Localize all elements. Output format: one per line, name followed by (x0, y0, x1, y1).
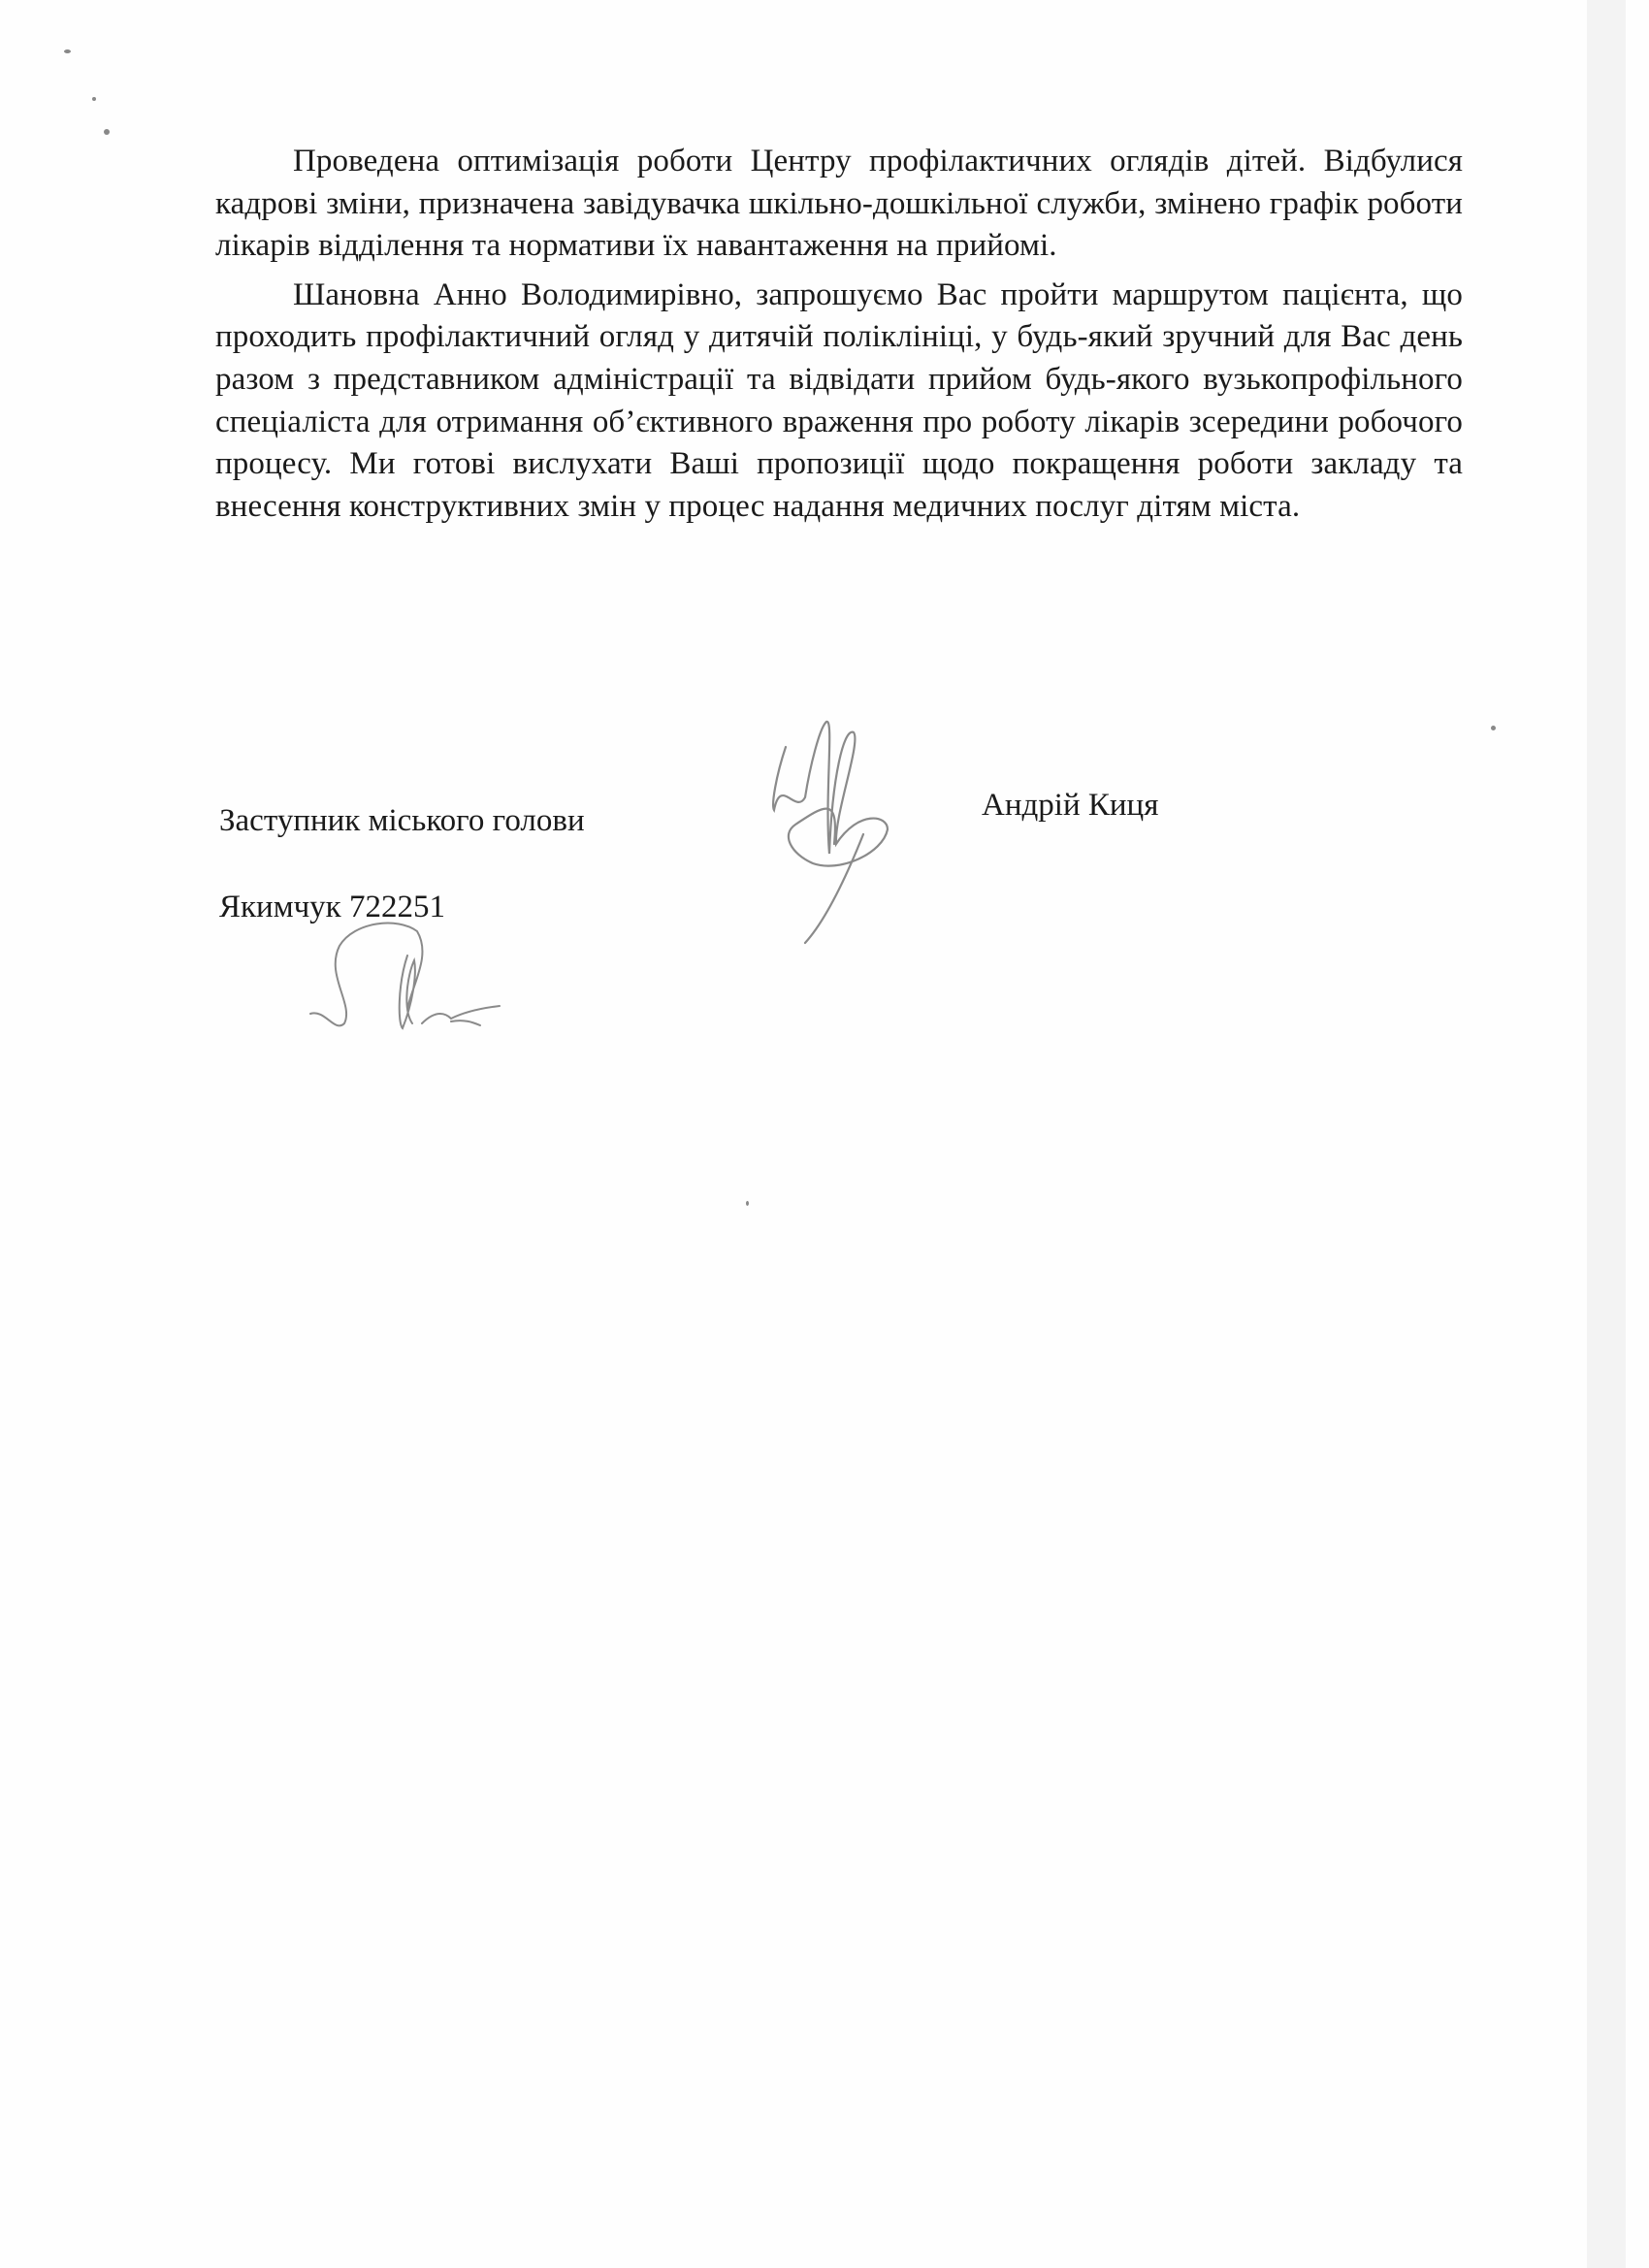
scan-speck (746, 1201, 749, 1206)
signatory-position: Заступник міського голови (219, 801, 585, 840)
scan-edge-shadow (1587, 0, 1626, 2268)
paragraph-invitation: Шановна Анно Володимирівно, запрошуємо В… (215, 275, 1463, 529)
signatory-name: Андрій Киця (982, 786, 1158, 825)
document-page: Проведена оптимізація роботи Центру проф… (0, 0, 1649, 2268)
scan-speck (1491, 726, 1496, 730)
scan-speck (92, 97, 96, 101)
paragraph-optimization: Проведена оптимізація роботи Центру проф… (215, 141, 1463, 268)
executor-contact: Якимчук 722251 (219, 888, 445, 926)
letter-body: Проведена оптимізація роботи Центру проф… (215, 141, 1463, 528)
scan-speck (64, 49, 71, 53)
signature-main (766, 718, 941, 951)
scan-speck (104, 129, 110, 135)
signature-executor (306, 917, 529, 1043)
